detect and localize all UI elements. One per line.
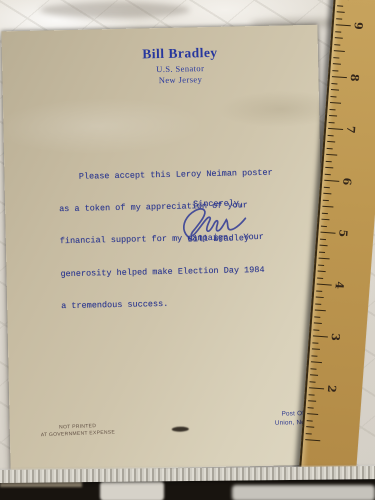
ruler-tick	[323, 193, 331, 195]
ruler-tick	[330, 108, 336, 110]
ruler-tick	[314, 316, 320, 318]
ruler-tick	[312, 342, 318, 344]
ruler-tick	[323, 199, 329, 201]
ruler-tick	[310, 368, 316, 370]
ruler-tick	[328, 128, 343, 130]
ruler-tick	[324, 186, 330, 188]
ruler-tick	[335, 31, 341, 33]
ruler-tick	[326, 160, 332, 162]
ruler-tick	[333, 63, 341, 65]
ruler-tick	[337, 5, 343, 7]
ruler-tick	[316, 296, 324, 298]
floor-patch	[100, 481, 164, 500]
ruler-tick	[336, 18, 342, 20]
floor-patch	[232, 485, 375, 500]
ruler-tick	[333, 57, 339, 59]
ruler-number: 8	[346, 70, 361, 85]
ruler-tick	[332, 76, 347, 78]
ruler-tick	[317, 284, 332, 286]
ruler-tick	[308, 400, 316, 402]
letterhead: Bill Bradley U.S. Senator New Jersey	[42, 43, 319, 88]
ruler-number: 2	[324, 381, 339, 396]
ruler-tick	[306, 433, 312, 435]
ruler-tick	[311, 361, 322, 363]
ruler-tick	[329, 115, 337, 117]
ruler-tick	[311, 355, 317, 357]
ruler-tick	[313, 335, 328, 337]
ruler-tick	[309, 387, 324, 389]
ruler-tick	[315, 309, 326, 311]
ruler-tick	[315, 303, 321, 305]
ruler-tick	[324, 180, 339, 182]
ruler-tick	[312, 348, 320, 350]
ruler-tick	[310, 374, 318, 376]
ruler-tick	[309, 394, 315, 396]
ruler-tick	[313, 329, 319, 331]
ruler-number: 3	[327, 329, 342, 344]
ruler-tick	[308, 407, 314, 409]
ruler-tick	[306, 426, 314, 428]
ruler-tick	[318, 271, 326, 273]
ruler-tick	[322, 206, 333, 208]
letter-paper: Bill Bradley U.S. Senator New Jersey Ple…	[1, 25, 326, 472]
ruler-tick	[331, 83, 337, 85]
ruler-tick	[317, 277, 323, 279]
ruler-tick	[331, 89, 339, 91]
ruler-tick	[310, 381, 316, 383]
ruler-tick	[327, 147, 333, 149]
ruler-number: 9	[350, 18, 365, 33]
ruler-tick	[332, 70, 338, 72]
typed-name: Bill Bradley	[188, 233, 249, 245]
ruler-tick	[319, 251, 325, 253]
ruler-tick	[318, 264, 324, 266]
photo-scene: Bill Bradley U.S. Senator New Jersey Ple…	[0, 0, 375, 500]
ruler-tick	[335, 37, 343, 39]
ruler-tick	[337, 11, 345, 13]
ruler-tick	[325, 167, 333, 169]
ruler-tick	[334, 50, 345, 52]
ruler-tick	[336, 24, 351, 26]
ruler-tick	[321, 219, 329, 221]
fabric-wrinkle	[40, 2, 190, 18]
ruler-tick	[320, 245, 328, 247]
ruler-number: 7	[343, 122, 358, 137]
body-line: generosity helped make Election Day 1984	[60, 264, 274, 279]
ruler-tick	[330, 102, 341, 104]
ruler-tick	[307, 420, 313, 422]
union-bug-icon	[172, 427, 189, 432]
disclaimer-text: NOT PRINTED AT GOVERNMENT EXPENSE	[28, 422, 128, 439]
ruler-number: 6	[339, 174, 354, 189]
ruler-tick	[334, 44, 340, 46]
ruler-tick	[321, 225, 327, 227]
ruler-number: 4	[331, 278, 346, 293]
ruler-tick	[330, 96, 336, 98]
ruler-tick	[326, 154, 337, 156]
ruler-tick	[320, 238, 326, 240]
body-line: a tremendous success.	[61, 297, 275, 312]
ruler-tick	[325, 173, 331, 175]
ruler-tick	[319, 258, 330, 260]
ruler-tick	[327, 141, 335, 143]
ruler-tick	[328, 134, 334, 136]
ruler-tick	[305, 439, 320, 441]
ruler-number: 5	[335, 226, 350, 241]
ruler-tick	[307, 413, 318, 415]
ruler-tick	[329, 121, 335, 123]
ruler-tick	[320, 232, 335, 234]
ruler-tick	[314, 322, 322, 324]
ruler-tick	[322, 212, 328, 214]
body-line: Please accept this Leroy Neiman poster	[58, 167, 272, 182]
ruler-tick	[316, 290, 322, 292]
